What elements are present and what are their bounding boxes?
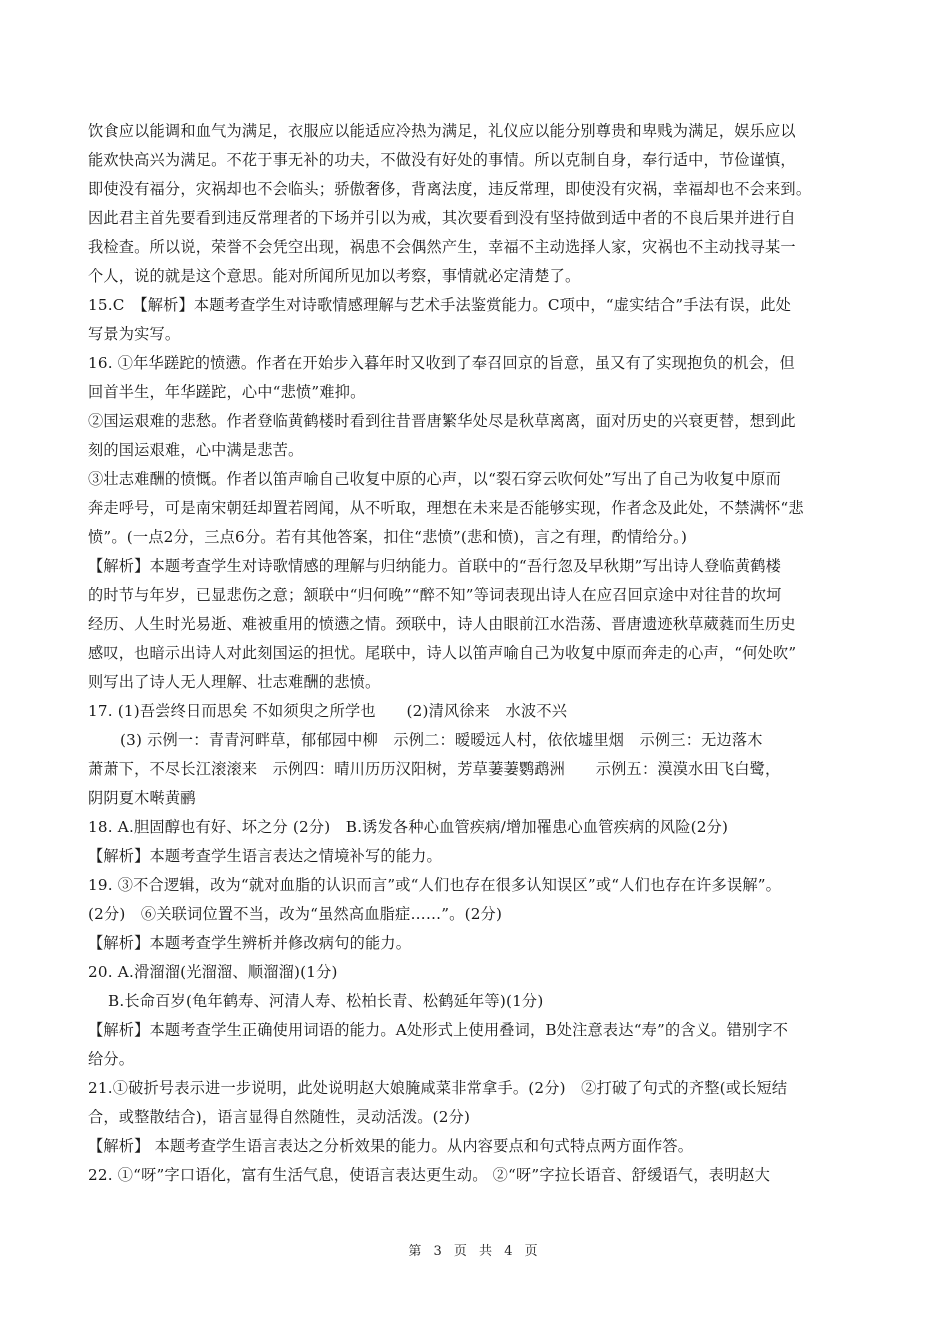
text-line: 奔走呼号，可是南宋朝廷却置若罔闻，从不听取，理想在未来是否能够实现，作者念及此处… [88,494,866,523]
text-line: 的时节与年岁，已显悲伤之意；颔联中“归何晚”“醉不知”等词表现出诗人在应召回京途… [88,581,866,610]
answer-20: 20. A.滑溜溜(光溜溜、顺溜溜)(1分) [88,958,866,987]
text-line: 回首半生，年华蹉跎，心中“悲愤”难抑。 [88,378,866,407]
text-line: 则写出了诗人无人理解、壮志难酬的悲愤。 [88,668,866,697]
text-line: 能欢快高兴为满足。不花于事无补的功夫，不做没有好处的事情。所以克制自身，奉行适中… [88,146,866,175]
answer-18: 18. A.胆固醇也有好、坏之分 (2分) B.诱发各种心血管疾病/增加罹患心血… [88,813,866,842]
text-line: 饮食应以能调和血气为满足，衣服应以能适应冷热为满足，礼仪应以能分别尊贵和卑贱为满… [88,117,866,146]
answer-15: 15.C 【解析】本题考查学生对诗歌情感理解与艺术手法鉴赏能力。C项中，“虚实结… [88,291,866,320]
text-line: 即使没有福分，灾祸却也不会临头；骄傲奢侈，背离法度，违反常理，即使没有灾祸，幸福… [88,175,866,204]
text-line: 愤”。(一点2分，三点6分。若有其他答案，扣住“悲愤”(悲和愤)，言之有理，酌情… [88,523,866,552]
text-line: 经历、人生时光易逝、难被重用的愤懑之情。颈联中，诗人由眼前江水浩荡、晋唐遗迹秋草… [88,610,866,639]
analysis-19: 【解析】本题考查学生辨析并修改病句的能力。 [88,929,866,958]
text-line: (2分) ⑥关联词位置不当，改为“虽然高血脂症……”。(2分) [88,900,866,929]
text-line: 给分。 [88,1045,866,1074]
text-line: 写景为实写。 [88,320,866,349]
answer-19: 19. ③不合逻辑，改为“就对血脂的认识而言”或“人们也存在很多认知误区”或“人… [88,871,866,900]
text-line: ③壮志难酬的愤慨。作者以笛声喻自己收复中原的心声，以“裂石穿云吹何处”写出了自己… [88,465,866,494]
analysis-20: 【解析】本题考查学生正确使用词语的能力。A处形式上使用叠词，B处注意表达“寿”的… [88,1016,866,1045]
text-line: 个人，说的就是这个意思。能对所闻所见加以考察，事情就必定清楚了。 [88,262,866,291]
analysis-21: 【解析】 本题考查学生语言表达之分析效果的能力。从内容要点和句式特点两方面作答。 [88,1132,866,1161]
text-line: 因此君主首先要看到违反常理者的下场并引以为戒，其次要看到没有坚持做到适中者的不良… [88,204,866,233]
text-line: 阴阴夏木啭黄鹂 [88,784,866,813]
text-line: (3) 示例一：青青河畔草，郁郁园中柳 示例二：暧暧远人村，依依墟里烟 示例三：… [88,726,866,755]
analysis-18: 【解析】本题考查学生语言表达之情境补写的能力。 [88,842,866,871]
text-line: 合，或整散结合)，语言显得自然随性，灵动活泼。(2分) [88,1103,866,1132]
analysis-16: 【解析】本题考查学生对诗歌情感的理解与归纳能力。首联中的“吾行忽及早秋期”写出诗… [88,552,866,581]
answer-21: 21.①破折号表示进一步说明，此处说明赵大娘腌咸菜非常拿手。(2分) ②打破了句… [88,1074,866,1103]
page-number: 第 3 页 共 4 页 [0,1240,950,1259]
text-line: 萧萧下，不尽长江滚滚来 示例四：晴川历历汉阳树，芳草萋萋鹦鹉洲 示例五：漠漠水田… [88,755,866,784]
answer-16: 16. ①年华蹉跎的愤懑。作者在开始步入暮年时又收到了奉召回京的旨意，虽又有了实… [88,349,866,378]
text-line: 我检查。所以说，荣誉不会凭空出现，祸患不会偶然产生，幸福不主动选择人家，灾祸也不… [88,233,866,262]
document-body: 饮食应以能调和血气为满足，衣服应以能适应冷热为满足，礼仪应以能分别尊贵和卑贱为满… [88,117,866,1190]
text-line: B.长命百岁(龟年鹤寿、河清人寿、松柏长青、松鹤延年等)(1分) [88,987,866,1016]
text-line: ②国运艰难的悲愁。作者登临黄鹤楼时看到往昔晋唐繁华处尽是秋草离离，面对历史的兴衰… [88,407,866,436]
answer-17: 17. (1)吾尝终日而思矣 不如须臾之所学也 (2)清风徐来 水波不兴 [88,697,866,726]
text-line: 刻的国运艰难，心中满是悲苦。 [88,436,866,465]
text-line: 感叹，也暗示出诗人对此刻国运的担忧。尾联中，诗人以笛声喻自己为收复中原而奔走的心… [88,639,866,668]
answer-22: 22. ①“呀”字口语化，富有生活气息，使语言表达更生动。 ②“呀”字拉长语音、… [88,1161,866,1190]
